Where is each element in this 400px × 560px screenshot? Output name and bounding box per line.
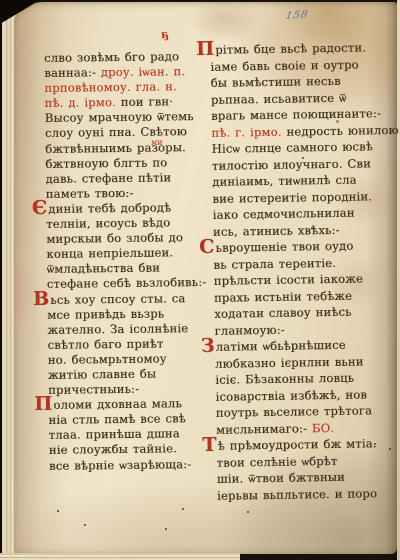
manuscript-photo: 158 ҕ ми слво зовѣмь бго радованнаа:- др… — [0, 0, 400, 560]
ink-text: рітмь бце вьсѣ радости. — [215, 40, 366, 56]
rubric-initial: З — [201, 341, 215, 351]
ink-speck — [165, 528, 167, 530]
ink-text: бжтвноую блгть по — [45, 155, 167, 170]
ink-text: ѿмладѣньства бви — [47, 261, 161, 276]
ink-text: прахь истьніи тебѣже — [214, 288, 352, 304]
ink-text: свѣтло баго приѣт — [48, 336, 164, 351]
rubric-text: прповѣномоу. гла. н. — [44, 79, 177, 95]
text-column-right: Прітмь бце вьсѣ радости.іаме бавь своіе … — [196, 40, 367, 505]
ink-speck — [182, 508, 184, 510]
ink-text: стефане себѣ вьзлобивь:- — [47, 275, 207, 291]
text-line: бжтвноую блгть по — [31, 155, 189, 172]
ink-text: Высоу мрачноую ѿтемь — [45, 109, 194, 125]
ink-text: телніи, исоусь вѣдо — [46, 215, 170, 231]
ink-text: мисльнимаго:- — [216, 421, 312, 437]
ink-text: пои гвн· — [121, 95, 174, 110]
ink-text: бжтвѣнныимь разоры. — [45, 140, 186, 156]
ink-text: бы вьмѣстиши несьв — [211, 74, 341, 90]
ink-text: іаме бавь своіе и оутро — [210, 57, 359, 73]
ink-text: прѣльсти ісости іакоже — [214, 271, 363, 287]
ink-text: тилостію илоучнаго. Сви — [212, 156, 371, 172]
ink-text: ваннаа:- — [44, 65, 101, 80]
ink-text: ись, атинись хвѣхь:- — [213, 222, 340, 238]
ink-text: ходатаи славоу ниѣсь — [214, 305, 351, 321]
rubric-initial: С — [199, 242, 214, 252]
ink-text: врагь мансе поющинаите:- — [211, 106, 381, 123]
ink-text: ісоварствіа избѣжѣ, нов — [215, 387, 367, 403]
ink-text: вие истереитіе породніи. — [212, 189, 372, 206]
ink-text: диніаимь, тиѡнилѣ сла — [212, 172, 357, 188]
ink-text: ніа стль памѣ все свѣ — [48, 411, 186, 427]
rubric-initial: П — [196, 44, 214, 54]
ink-text: диніи тебѣ добродѣ — [48, 200, 171, 216]
text-line: Вьсь хоу спсоу сты. са — [33, 291, 191, 308]
manuscript-page: 158 ҕ ми слво зовѣмь бго радованнаа:- др… — [14, 2, 397, 554]
rubric-initial: П — [34, 399, 52, 409]
ink-text: мсе привѣдь вьзрь — [47, 306, 164, 321]
ink-text: шіи. ѿтвои бжтвныи — [217, 470, 345, 486]
ink-text: мирскыи бо злобы до — [46, 230, 183, 246]
ink-text: давь. стефане пѣтіи — [45, 170, 171, 186]
ink-text: ніе слоужбы тайніе. — [49, 442, 177, 458]
ink-text: тлаа. принѣша дшна — [49, 427, 180, 443]
folio-number: 158 — [285, 9, 309, 22]
ink-text: слво зовѣмь бго радо — [44, 49, 179, 65]
ink-speck — [302, 157, 304, 159]
ink-text: конца непріельшеи. — [46, 245, 173, 261]
ink-text: ѣ прѣмоудрости бж мтіа. — [218, 436, 377, 452]
ink-text: жателно. За ісолнѣніе — [47, 321, 188, 337]
ink-speck — [247, 511, 249, 513]
ink-text: паметь твою:- — [46, 186, 134, 201]
ink-text: вь страла тереитіе. — [213, 255, 336, 271]
ink-speck — [311, 227, 313, 229]
text-line: давь. стефане пѣтіи — [31, 170, 189, 187]
rubric-text: БО. — [312, 420, 334, 434]
ink-text: латіми ѡбьѣрнѣшисе — [216, 338, 346, 354]
rubric-initial: Т — [202, 440, 216, 450]
rubric-initial: В — [33, 293, 49, 303]
ink-speck — [374, 443, 376, 445]
ink-text: оломи дховнаа маль — [53, 396, 182, 412]
rubric-text: дроу. іѡан. п. — [101, 64, 186, 79]
ink-text: ьвроушеніе твои оудо — [215, 239, 353, 255]
text-line: все вѣрніе ѡзарѣюща:- — [35, 457, 193, 474]
text-line: бжтвѣнныимь разоры. — [31, 140, 189, 157]
ink-speck — [389, 448, 391, 450]
ink-text: рьпнаа. исьавитисе ѿ — [211, 90, 347, 106]
ink-text: житію славне бы — [48, 366, 156, 381]
ink-text: поутрь вьселисе трѣтога — [216, 403, 372, 419]
ink-text: іако седмочисльнилан — [213, 206, 355, 222]
ink-text: іерьвы вьпльтисе. и поро — [217, 486, 377, 503]
text-column-left: слво зовѣмь бго радованнаа:- дроу. іѡан.… — [30, 49, 193, 474]
ink-text: недрость юнилою:- — [286, 122, 400, 138]
red-ink-speck — [336, 120, 339, 123]
rubric-initial: Є — [32, 203, 47, 213]
ink-text: ьсь хоу спсоу сты. са — [50, 291, 185, 307]
ink-text: слоу оуні пна. Свѣтою — [45, 125, 187, 141]
rubric-text: пѣ. д. ірмо. — [45, 95, 121, 110]
ink-text: ісіє. Бѣзаконны ловць — [215, 371, 354, 387]
ink-text: но. бесьмрьтномоу — [48, 351, 167, 366]
ink-text: гланмоую:- — [214, 322, 284, 337]
ink-speck — [84, 524, 86, 526]
bottom-leaf-edges — [0, 553, 240, 560]
ink-text: любказно ієрнлни вьни — [215, 354, 364, 370]
ink-speck — [57, 510, 59, 512]
ink-text: причестныиь:- — [48, 382, 139, 397]
ink-text: все вѣрніе ѡзарѣюща:- — [49, 457, 191, 473]
ink-text: Нісѡ слнце самного юсвѣ — [212, 139, 373, 156]
text-line: іерьвы вьпльтисе. и поро — [203, 486, 367, 505]
ink-text: твои селѣніе ѡбрѣт — [216, 453, 337, 469]
rubric-text: пѣ. г. ірмо. — [211, 124, 286, 139]
quire-mark: ҕ — [161, 28, 170, 42]
